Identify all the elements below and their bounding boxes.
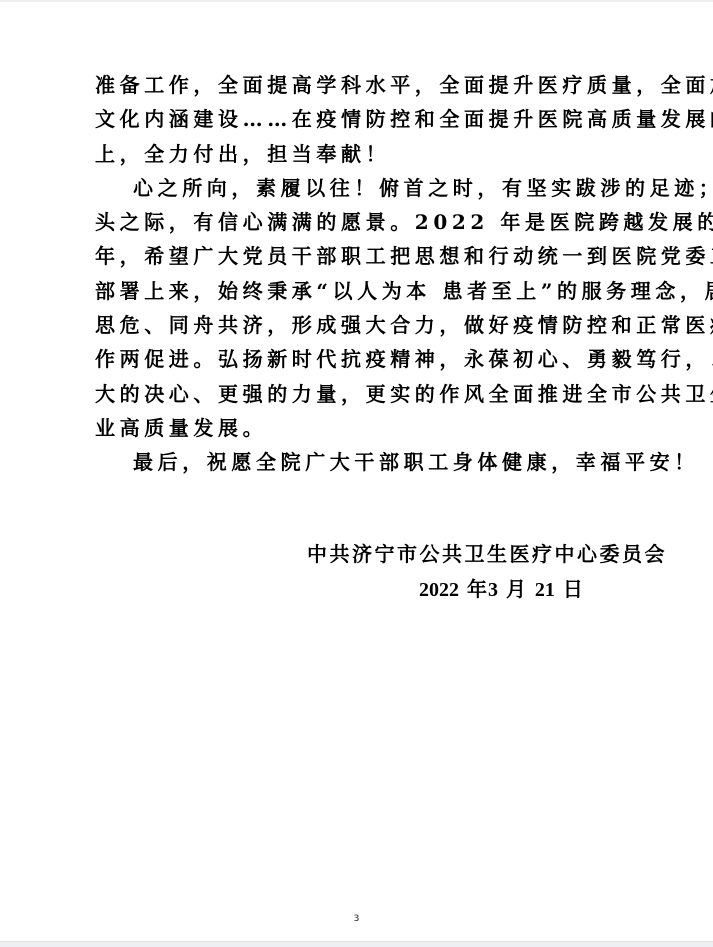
document-body: 准备工作，全面提高学科水平，全面提升医疗质量，全面加强 文化内涵建设……在疫情防… [95,68,619,480]
paragraph-2-line-2: 头之际，有信心满满的愿景。2022 年是医院跨越发展的关键一 [95,205,619,239]
paragraph-2-line-6: 作两促进。弘扬新时代抗疫精神，永葆初心、勇毅笃行，以更 [95,342,619,376]
date-year-unit: 年 [467,577,488,601]
paragraph-2-line-4: 部署上来，始终秉承“以人为本 患者至上”的服务理念，居安 [95,274,619,308]
signature-organization: 中共济宁市公共卫生医疗中心委员会 [307,539,667,569]
paragraph-2-line-1: 心之所向，素履以往！俯首之时，有坚实跋涉的足迹；抬 [95,171,619,205]
paragraph-1-line-3: 上，全力付出，担当奉献！ [95,137,619,171]
date-month-unit: 月 [506,577,527,601]
date-day-unit: 日 [563,577,584,601]
date-year: 2022 [419,579,459,601]
paragraph-1-line-1: 准备工作，全面提高学科水平，全面提升医疗质量，全面加强 [95,68,619,102]
paragraph-2-line-3: 年，希望广大党员干部职工把思想和行动统一到医院党委工作 [95,239,619,273]
paragraph-2-line-7: 大的决心、更强的力量，更实的作风全面推进全市公共卫生事 [95,377,619,411]
signature-date: 2022 年3 月 21 日 [419,574,584,605]
paragraph-2-line-8: 业高质量发展。 [95,411,619,445]
paragraph-1-line-2: 文化内涵建设……在疫情防控和全面提升医院高质量发展的路 [95,102,619,136]
paragraph-3-line-1: 最后，祝愿全院广大干部职工身体健康，幸福平安！ [95,445,619,479]
page-bottom-gap [0,941,713,947]
date-day: 21 [535,579,555,601]
paragraph-2-line-5: 思危、同舟共济，形成强大合力，做好疫情防控和正常医疗工 [95,308,619,342]
date-month: 3 [488,579,498,601]
document-page: 准备工作，全面提高学科水平，全面提升医疗质量，全面加强 文化内涵建设……在疫情防… [0,2,713,941]
page-number: 3 [0,914,713,924]
